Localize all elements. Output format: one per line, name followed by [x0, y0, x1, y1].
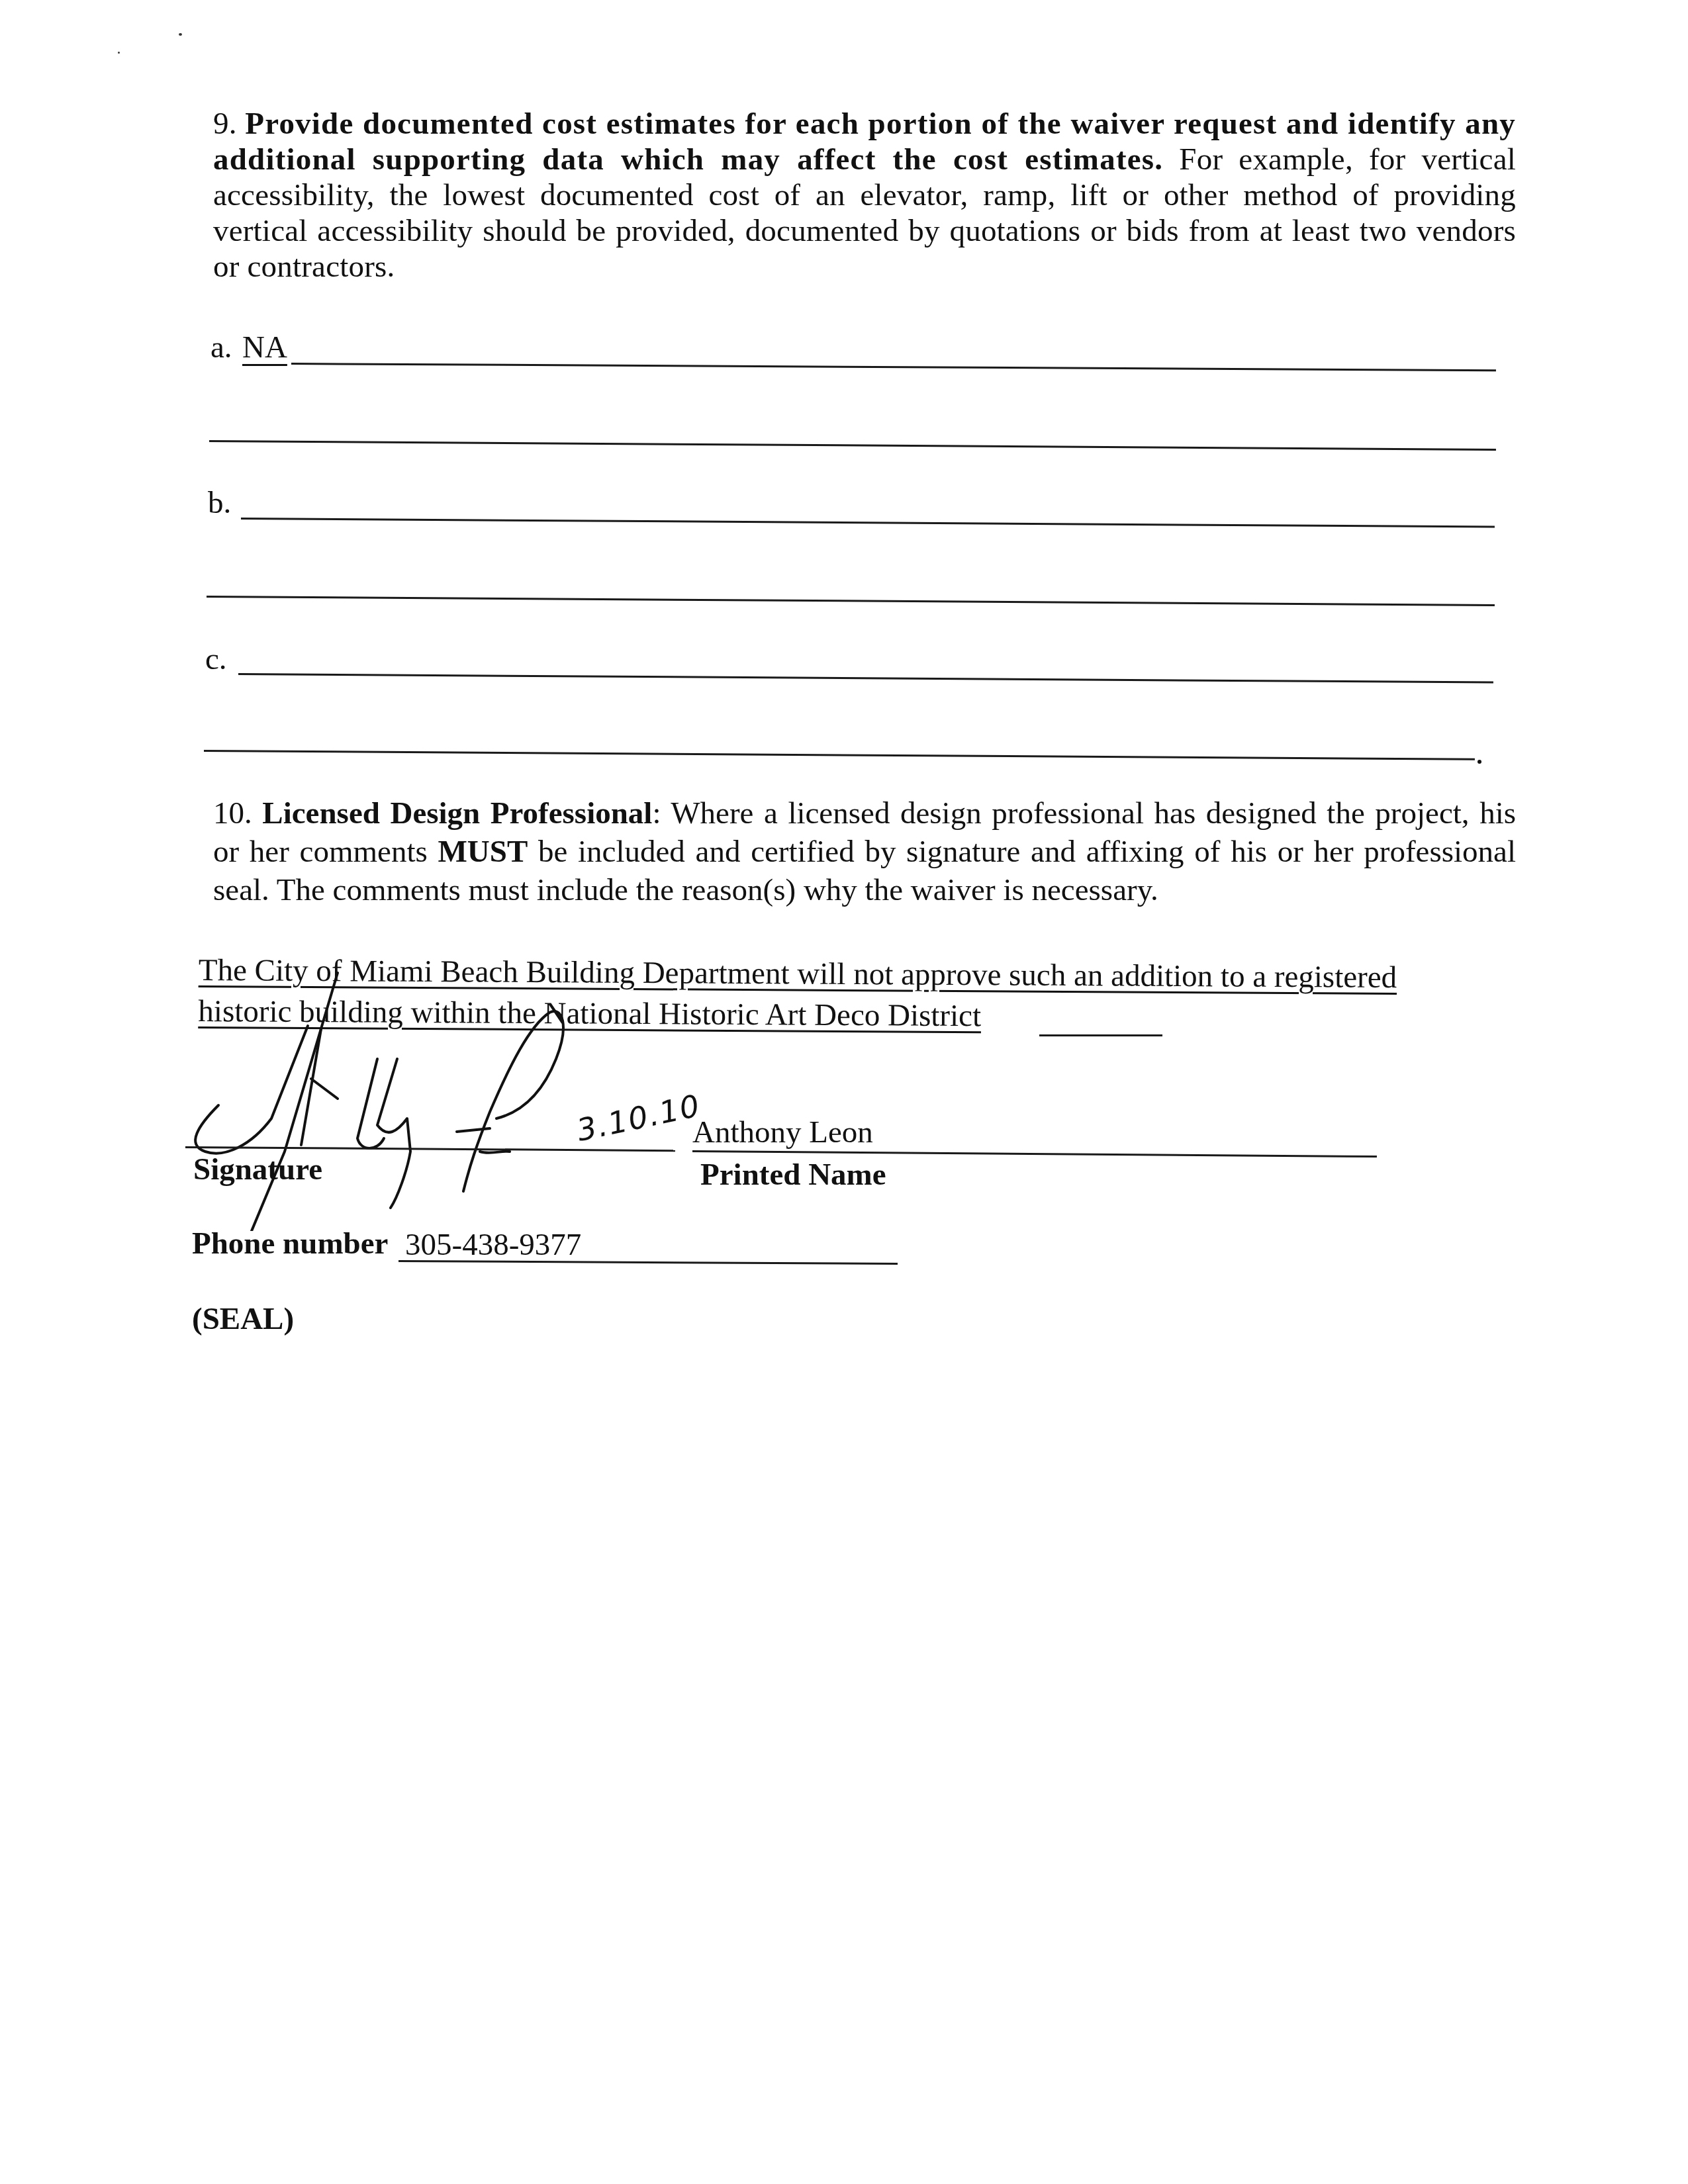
answer-a-line-2[interactable]	[209, 440, 1496, 451]
question-9: 9. Provide documented cost estimates for…	[213, 106, 1516, 285]
question-10-emphasis: MUST	[438, 835, 528, 869]
period-mark	[1477, 760, 1481, 764]
answer-b-label: b.	[208, 488, 231, 519]
answer-b-line-1[interactable]	[241, 518, 1495, 528]
question-9-number: 9.	[213, 107, 237, 141]
answer-c-line-1[interactable]	[238, 673, 1493, 684]
question-10-number: 10.	[213, 796, 252, 831]
answer-b-line-2[interactable]	[207, 596, 1495, 606]
answer-a-label: a.	[211, 332, 232, 363]
printed-name-line[interactable]	[692, 1150, 1377, 1158]
printed-name-value[interactable]: Anthony Leon	[692, 1117, 873, 1148]
answer-c-line-2[interactable]	[204, 750, 1475, 760]
phone-value[interactable]: 305-438-9377	[405, 1230, 581, 1261]
printed-name-label: Printed Name	[700, 1160, 886, 1191]
phone-label: Phone number	[192, 1228, 388, 1259]
scan-speck	[179, 33, 182, 36]
question-10: 10. Licensed Design Professional: Where …	[213, 794, 1516, 909]
answer-a-line-1[interactable]	[291, 363, 1496, 371]
handwritten-signature	[179, 953, 695, 1231]
phone-line[interactable]	[399, 1260, 898, 1265]
answer-c-label: c.	[205, 644, 227, 675]
scan-speck	[118, 52, 120, 54]
signature-label: Signature	[193, 1154, 322, 1185]
seal-label: (SEAL)	[192, 1304, 294, 1335]
question-10-heading: Licensed Design Professional	[262, 796, 652, 831]
comments-line-2-extension	[1039, 1034, 1162, 1036]
answer-a-value[interactable]: NA	[242, 332, 287, 363]
